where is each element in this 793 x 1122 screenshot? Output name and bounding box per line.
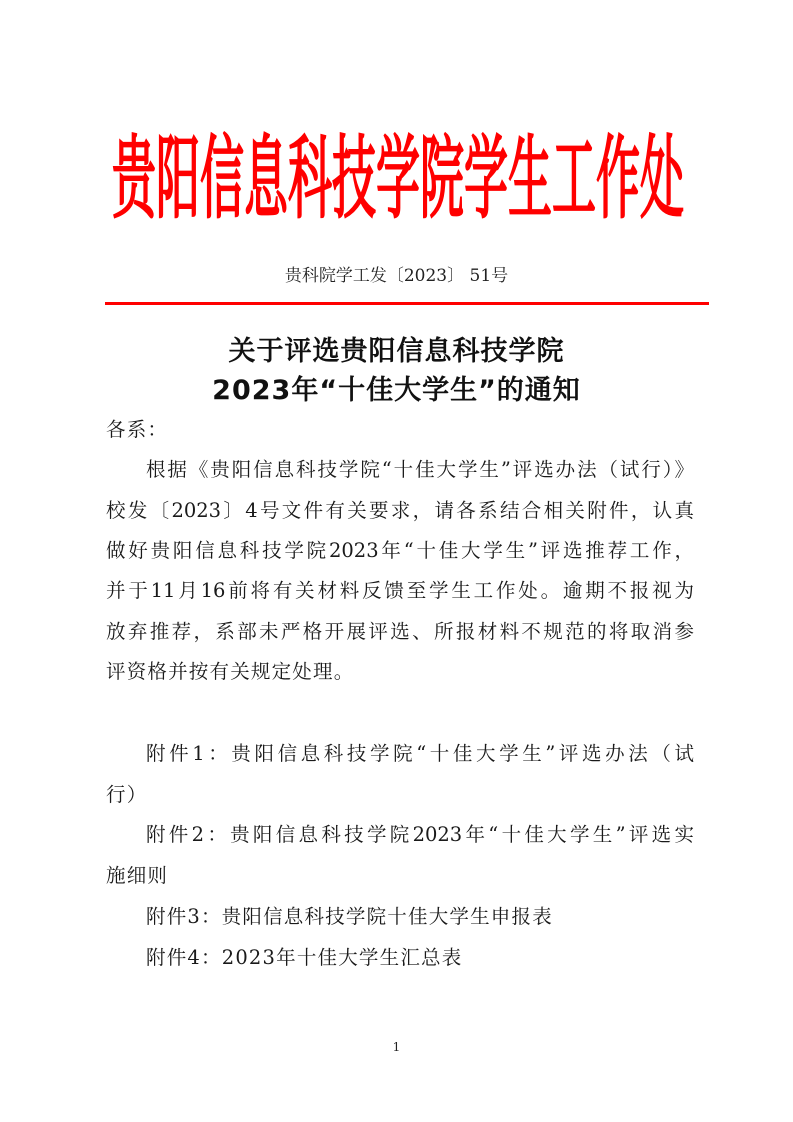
notice-title-line-1: 关于评选贵阳信息科技学院	[0, 334, 793, 370]
body-line-5: 放弃推荐，系部未严格开展评选、所报材料不规范的将取消参	[106, 619, 694, 645]
body-line-3: 做好贵阳信息科技学院2023年“十佳大学生”评选推荐工作，	[106, 538, 694, 564]
body-line-1: 根据《贵阳信息科技学院“十佳大学生”评选办法（试行）》	[146, 457, 694, 483]
attachment-2-line-1: 附件2：贵阳信息科技学院2023年“十佳大学生”评选实	[146, 822, 694, 848]
notice-title-line-2: 2023年“十佳大学生”的通知	[0, 373, 793, 409]
body-line-6: 评资格并按有关规定处理。	[106, 659, 354, 685]
attachment-4: 附件4：2023年十佳大学生汇总表	[146, 945, 462, 971]
masthead: 贵阳信息科技学院学生工作处	[108, 126, 688, 236]
body-line-4: 并于11月16前将有关材料反馈至学生工作处。逾期不报视为	[106, 578, 694, 604]
salutation: 各系：	[106, 417, 168, 443]
document-page: 贵阳信息科技学院学生工作处 贵科院学工发〔2023〕 51号 关于评选贵阳信息科…	[0, 0, 793, 1122]
attachment-2-line-2: 施细则	[106, 863, 168, 889]
red-divider-rule	[105, 302, 709, 305]
attachment-3: 附件3：贵阳信息科技学院十佳大学生申报表	[146, 904, 553, 930]
attachment-1-line-2: 行）	[106, 782, 147, 808]
masthead-title: 贵阳信息科技学院学生工作处	[112, 136, 684, 226]
document-number: 贵科院学工发〔2023〕 51号	[0, 265, 793, 287]
attachment-1-line-1: 附件1：贵阳信息科技学院“十佳大学生”评选办法（试	[146, 741, 694, 767]
page-number: 1	[0, 1040, 793, 1054]
body-line-2: 校发〔2023〕4号文件有关要求，请各系结合相关附件，认真	[106, 498, 694, 524]
